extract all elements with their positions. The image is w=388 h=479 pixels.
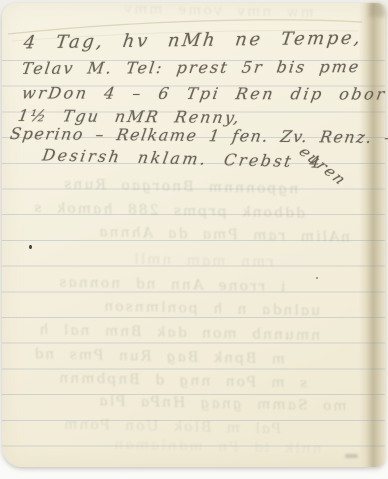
bleedthrough-line: nnlk ld Pn mdnlaman — [111, 437, 322, 457]
handwriting-line-5: Sperino – Relkame 1 fen. Zv. Renz. – — [9, 124, 388, 147]
ink-speck — [29, 245, 32, 249]
handwriting-line-6: Desirsh nklam. Crebst 4 — [41, 145, 324, 171]
handwriting-line-1: 4 Tag, hv nMh ne Tempe, — [22, 28, 363, 54]
notebook-page: mw nmv vome mmv ngponnnm Bnorgao Runs dd… — [2, 3, 385, 467]
bleedthrough-line: rmn mam nmll — [131, 252, 275, 271]
bleedthrough-line: nAlim ram Pma da Ahnna — [96, 224, 351, 245]
handwriting-line-2: Telav M. Tel: prest 5r bis pme — [21, 57, 362, 78]
ink-speck — [316, 277, 318, 279]
bleedthrough-line: mo Samm gnag HnPa Pla — [96, 393, 347, 414]
pencil-smudge — [345, 454, 358, 458]
page-edge-stack — [359, 3, 385, 467]
bleedthrough-line: nmunnb mon dak Bnm nal h — [36, 322, 321, 344]
bleedthrough-line: ualnda n h ponlmnson — [101, 299, 321, 320]
handwriting-line-3: wrDon 4 – 6 Tpi Ren dip obor — [21, 83, 388, 103]
bleedthrough-line: s m Pon nng d Bnpbmnn — [56, 370, 308, 391]
bleedthrough-line: m Bpnk Bag Run Pms nd — [31, 346, 286, 367]
bleedthrough-line: i rrone Ann nd nonnas — [56, 275, 286, 296]
bleedthrough-line: ddbonk prpms 288 hamok s — [31, 200, 306, 222]
bleedthrough-line: ngponnnm Bnorgao Runs — [61, 177, 299, 198]
bleedthrough-line: Pal m Blok Uon Ponm — [61, 417, 282, 438]
